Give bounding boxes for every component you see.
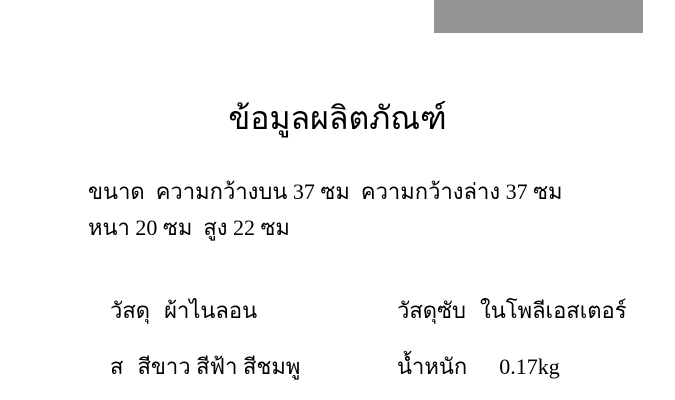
header-bar bbox=[434, 0, 643, 33]
weight-label: น้ำหนัก bbox=[397, 354, 467, 379]
color-value: สีขาว สีฟ้า สีชมพู bbox=[137, 354, 300, 379]
color-label: ส bbox=[110, 354, 123, 379]
weight-spec: น้ำหนัก0.17kg bbox=[375, 328, 560, 400]
page-title: ข้อมูลผลิตภัณฑ์ bbox=[0, 100, 675, 137]
material-label: วัสดุ bbox=[110, 298, 150, 323]
lining-label: วัสดุซับ bbox=[397, 298, 466, 323]
material-value: ผ้าไนลอน bbox=[164, 298, 257, 323]
lining-value: ในโพลีเอสเตอร์ bbox=[480, 298, 627, 323]
color-spec: สสีขาว สีฟ้า สีชมพู bbox=[88, 328, 300, 400]
weight-value: 0.17kg bbox=[499, 354, 560, 379]
size-line-2: หนา 20 ซม สูง 22 ซม bbox=[88, 215, 290, 241]
size-line-1: ขนาด ความกว้างบน 37 ซม ความกว้างล่าง 37 … bbox=[88, 179, 563, 205]
product-info-page: ข้อมูลผลิตภัณฑ์ ขนาด ความกว้างบน 37 ซม ค… bbox=[0, 0, 675, 400]
